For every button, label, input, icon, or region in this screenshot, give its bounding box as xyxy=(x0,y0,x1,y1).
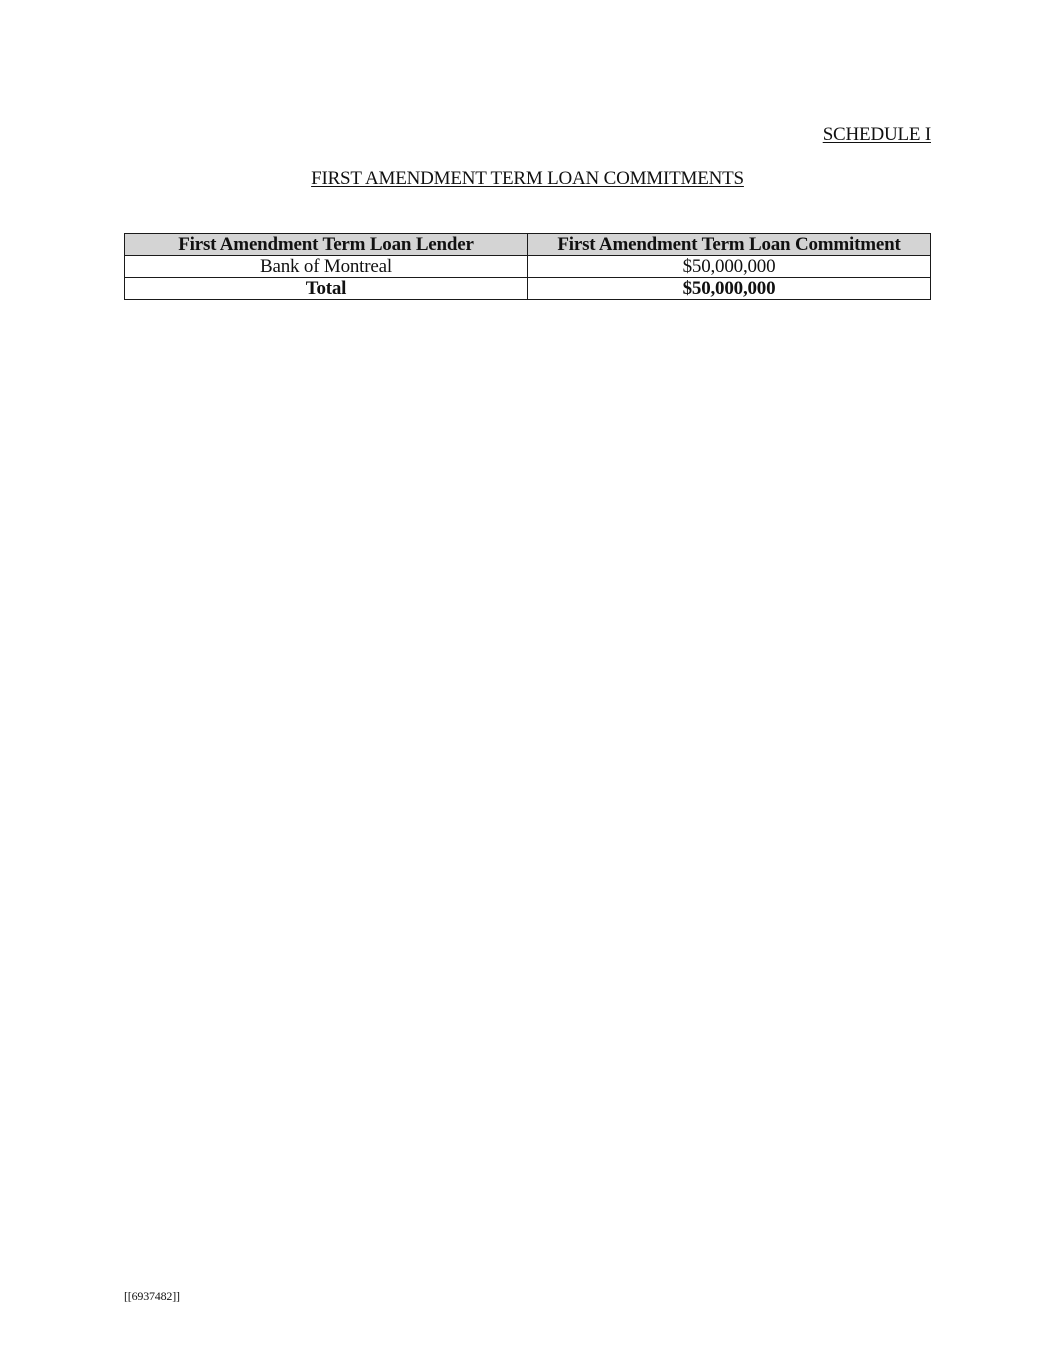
document-title: FIRST AMENDMENT TERM LOAN COMMITMENTS xyxy=(0,168,1055,190)
total-row: Total $50,000,000 xyxy=(125,278,931,300)
column-header-commitment: First Amendment Term Loan Commitment xyxy=(528,234,931,256)
lender-cell: Bank of Montreal xyxy=(125,256,528,278)
total-label-cell: Total xyxy=(125,278,528,300)
commitment-cell: $50,000,000 xyxy=(528,256,931,278)
table-row: Bank of Montreal $50,000,000 xyxy=(125,256,931,278)
total-commitment-cell: $50,000,000 xyxy=(528,278,931,300)
document-id-footer: [[6937482]] xyxy=(124,1289,180,1304)
table-header-row: First Amendment Term Loan Lender First A… xyxy=(125,234,931,256)
commitments-table: First Amendment Term Loan Lender First A… xyxy=(124,233,931,300)
schedule-label: SCHEDULE I xyxy=(823,124,931,146)
column-header-lender: First Amendment Term Loan Lender xyxy=(125,234,528,256)
